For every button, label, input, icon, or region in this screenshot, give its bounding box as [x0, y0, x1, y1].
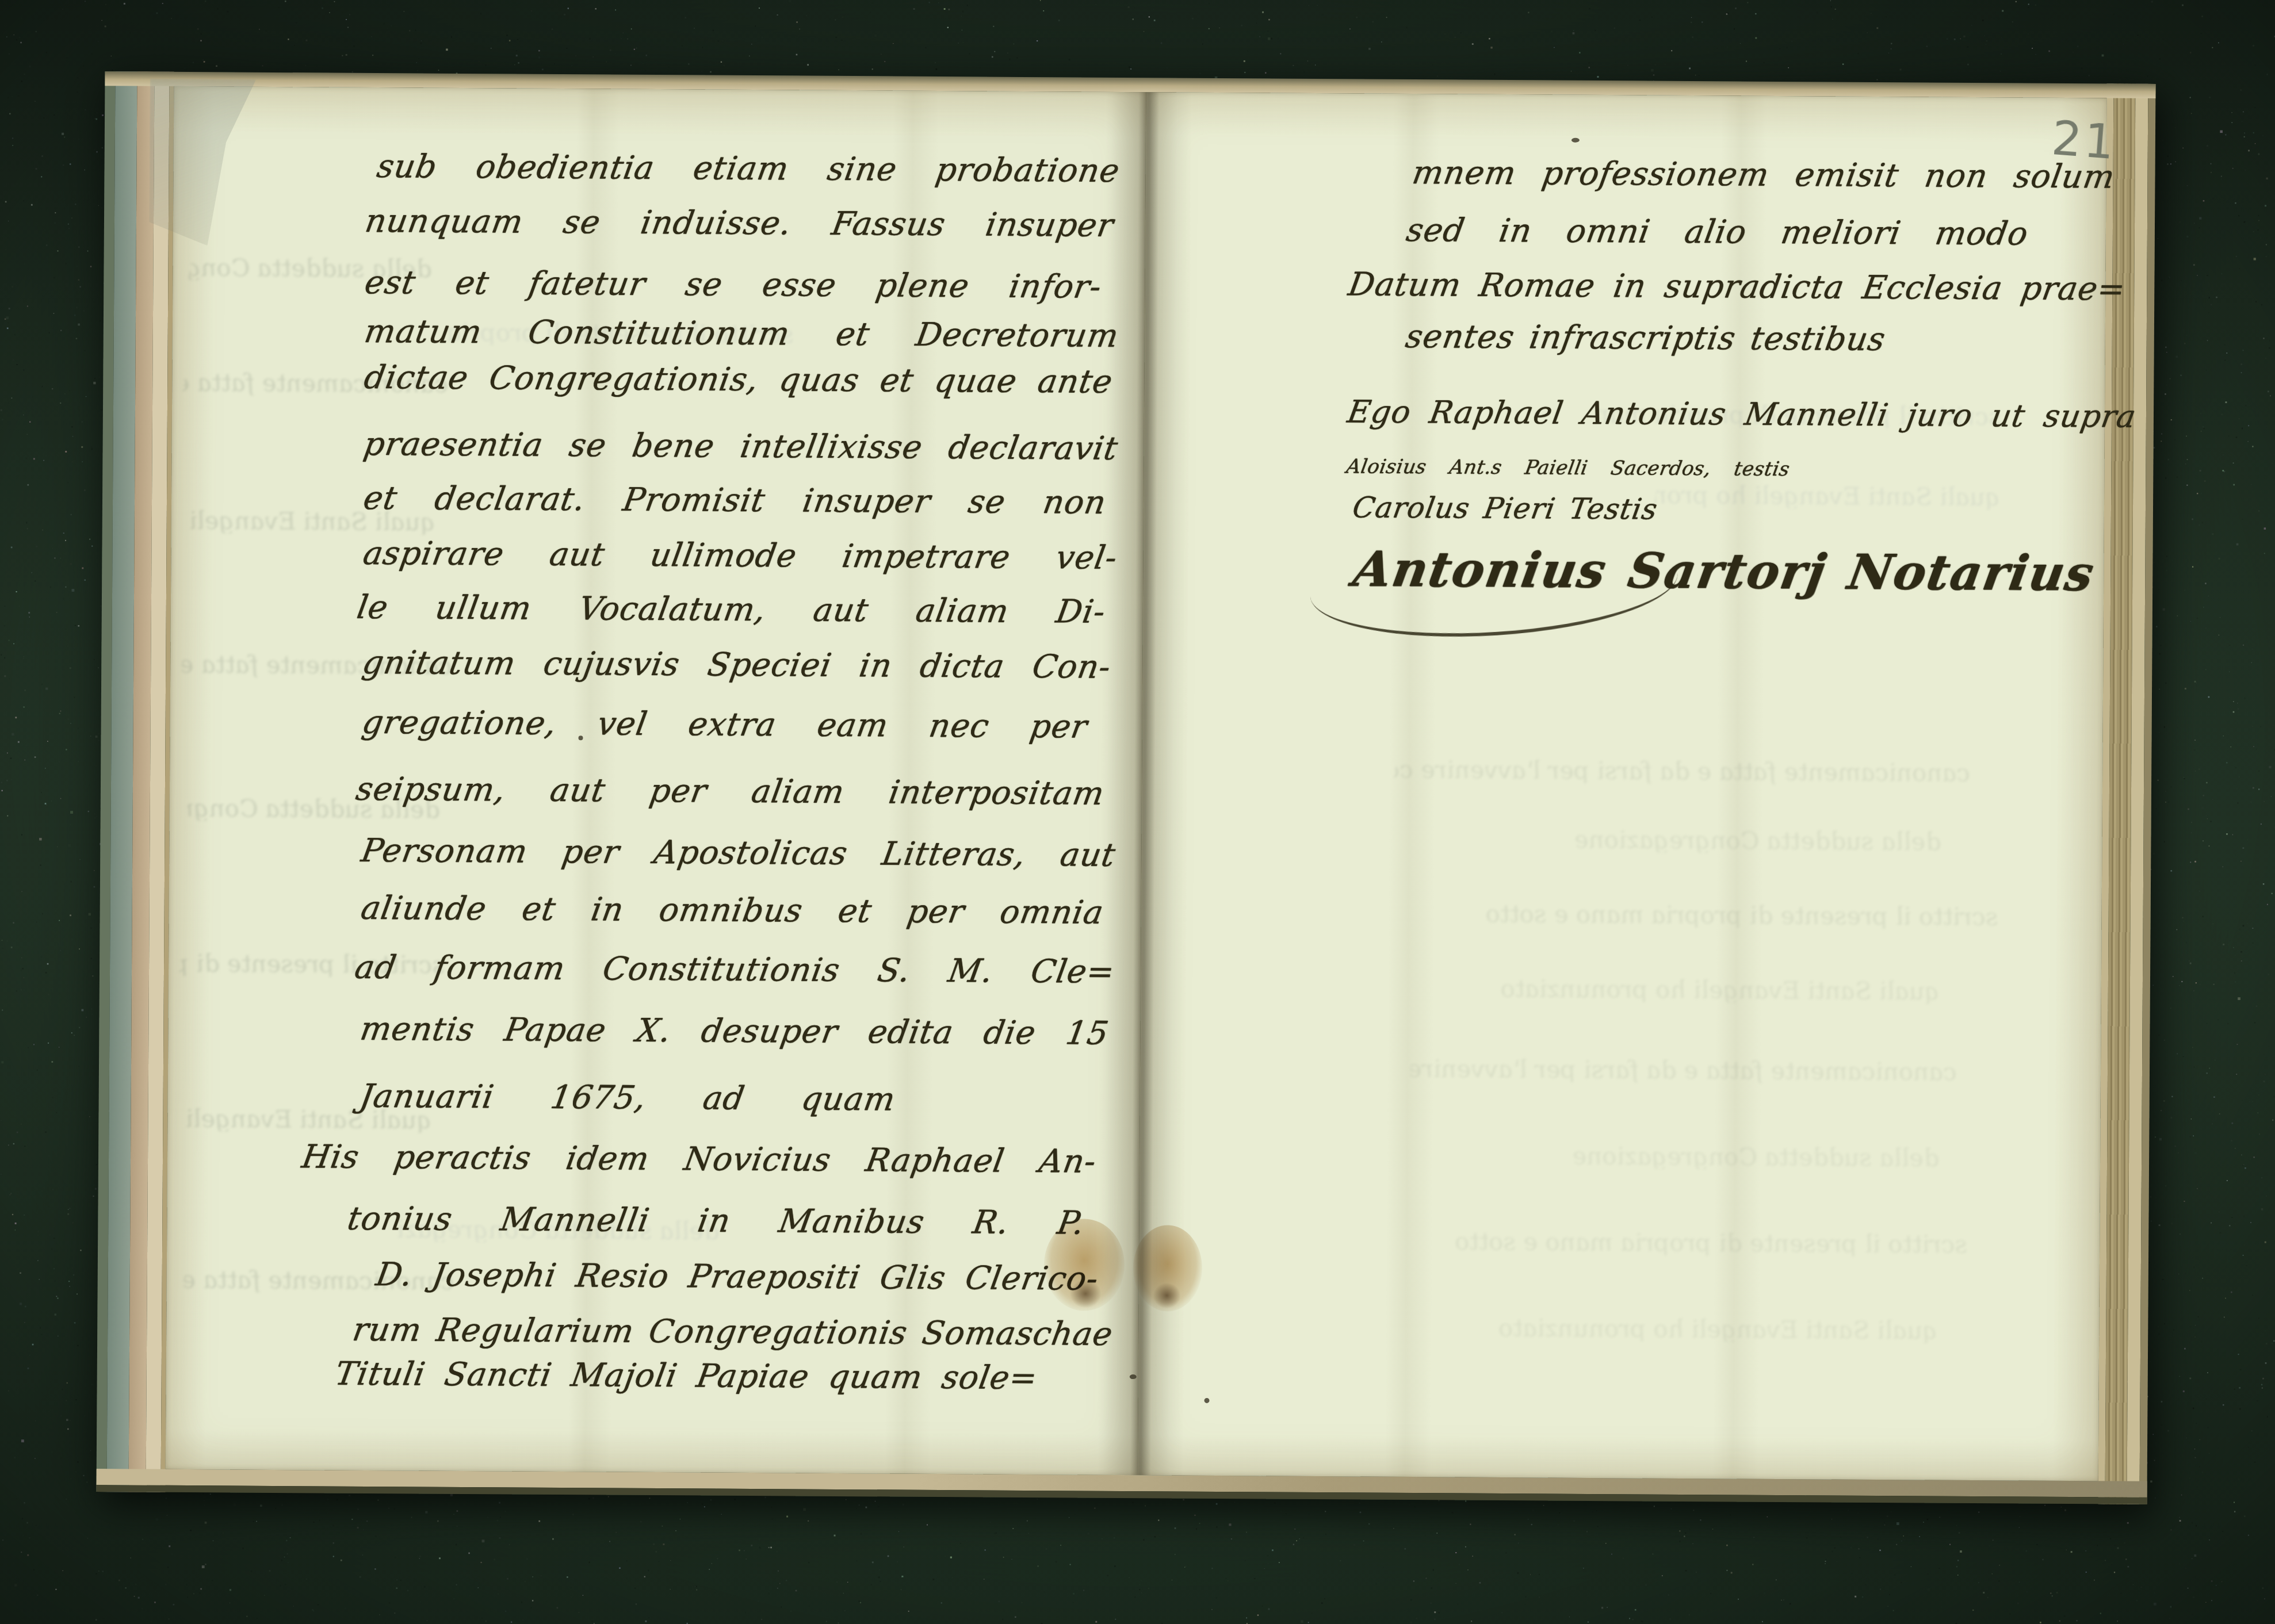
manuscript-line: mnem professionem emisit non solum	[1410, 157, 2117, 193]
show-through-text: scritto il presente di propria mano e so…	[1364, 902, 2000, 930]
manuscript-line: nunquam se induisse. Fassus insuper	[363, 205, 1116, 242]
open-manuscript-book: della suddetta Congregazione canonicamen…	[96, 71, 2155, 1504]
ink-speck	[1204, 1398, 1209, 1403]
photograph-stage: della suddetta Congregazione canonicamen…	[0, 0, 2275, 1624]
ink-stain-core	[1069, 1279, 1101, 1308]
show-through-text: canonicamente fatta e da farsi per l'avv…	[1409, 1057, 1959, 1085]
manuscript-line: aliunde et in omnibus et per omnia	[359, 893, 1106, 929]
show-through-text: quali Santi Evangeli ho pronunziato	[1450, 976, 1942, 1003]
manuscript-line: His peractis idem Novicius Raphael An-	[300, 1141, 1099, 1178]
show-through-text: canonicamente fatta e da farsi per l'avv…	[1393, 758, 1972, 786]
show-through-text: della suddetta Congregazione	[1421, 827, 1943, 854]
manuscript-line: seipsum, aut per aliam interpositam	[354, 773, 1107, 810]
ink-stain-core	[1153, 1282, 1180, 1308]
manuscript-line: est et fatetur se esse plene infor-	[362, 267, 1104, 304]
witness-signature: Carolus Pieri Testis	[1351, 493, 1643, 523]
manuscript-line: matum Constitutionum et Decretorum	[362, 316, 1121, 353]
manuscript-line: D. Josephi Resio Praepositi Glis Clerico…	[374, 1259, 1101, 1296]
folio-page-number: 21	[2050, 111, 2118, 170]
show-through-text: quali Santi Evangeli ho pronunziato	[1654, 484, 2002, 510]
witness-signature: Aloisius Ant.s Paielli Sacerdos, testis	[1345, 457, 1791, 479]
manuscript-line: le ullum Vocalatum, aut aliam Di-	[355, 592, 1108, 629]
manuscript-line: rum Regularium Congregationis Somaschae	[350, 1314, 1092, 1351]
manuscript-line: aspirare aut ullimode impetrare vel-	[361, 538, 1119, 574]
manuscript-line: et declarat. Promisit insuper se non	[361, 482, 1108, 519]
manuscript-line: sentes infrascriptis testibus	[1404, 321, 1846, 356]
ink-speck	[1130, 1374, 1137, 1379]
manuscript-line: dictae Congregationis, quas et quae ante	[362, 362, 1115, 399]
show-through-text: della suddetta Congregazione	[1477, 1144, 1941, 1171]
show-through-text: quali Santi Evangeli ho pronunziato	[1447, 1316, 1940, 1343]
manuscript-line: ad formam Constitutionis S. M. Cle=	[353, 952, 1117, 989]
manuscript-line: Tituli Sancti Majoli Papiae quam sole=	[333, 1358, 1040, 1395]
manuscript-line: tonius Mannelli in Manibus R. P.	[345, 1203, 1087, 1240]
oath-signature: Ego Raphael Antonius Mannelli juro ut su…	[1345, 396, 2139, 432]
manuscript-line: Januarii 1675, ad quam	[358, 1081, 898, 1116]
manuscript-line: sub obedientia etiam sine probatione	[374, 151, 1122, 187]
manuscript-line: praesentia se bene intellixisse declarav…	[361, 428, 1120, 465]
manuscript-line: sed in omni alio meliori modo	[1404, 215, 2031, 251]
manuscript-line: mentis Papae X. desuper edita die 15	[358, 1013, 1111, 1050]
show-through-text: scritto il presente di propria mano e so…	[1419, 1230, 1969, 1257]
ink-speck	[1572, 138, 1580, 143]
manuscript-line: gregatione, vel extra eam nec per	[360, 707, 1089, 744]
ink-speck	[578, 736, 583, 740]
manuscript-line: gnitatum cujusvis Speciei in dicta Con-	[360, 647, 1113, 684]
manuscript-line: Personam per Apostolicas Litteras, aut	[359, 835, 1118, 872]
manuscript-line: Datum Romae in supradicta Ecclesia prae=	[1346, 269, 2128, 305]
